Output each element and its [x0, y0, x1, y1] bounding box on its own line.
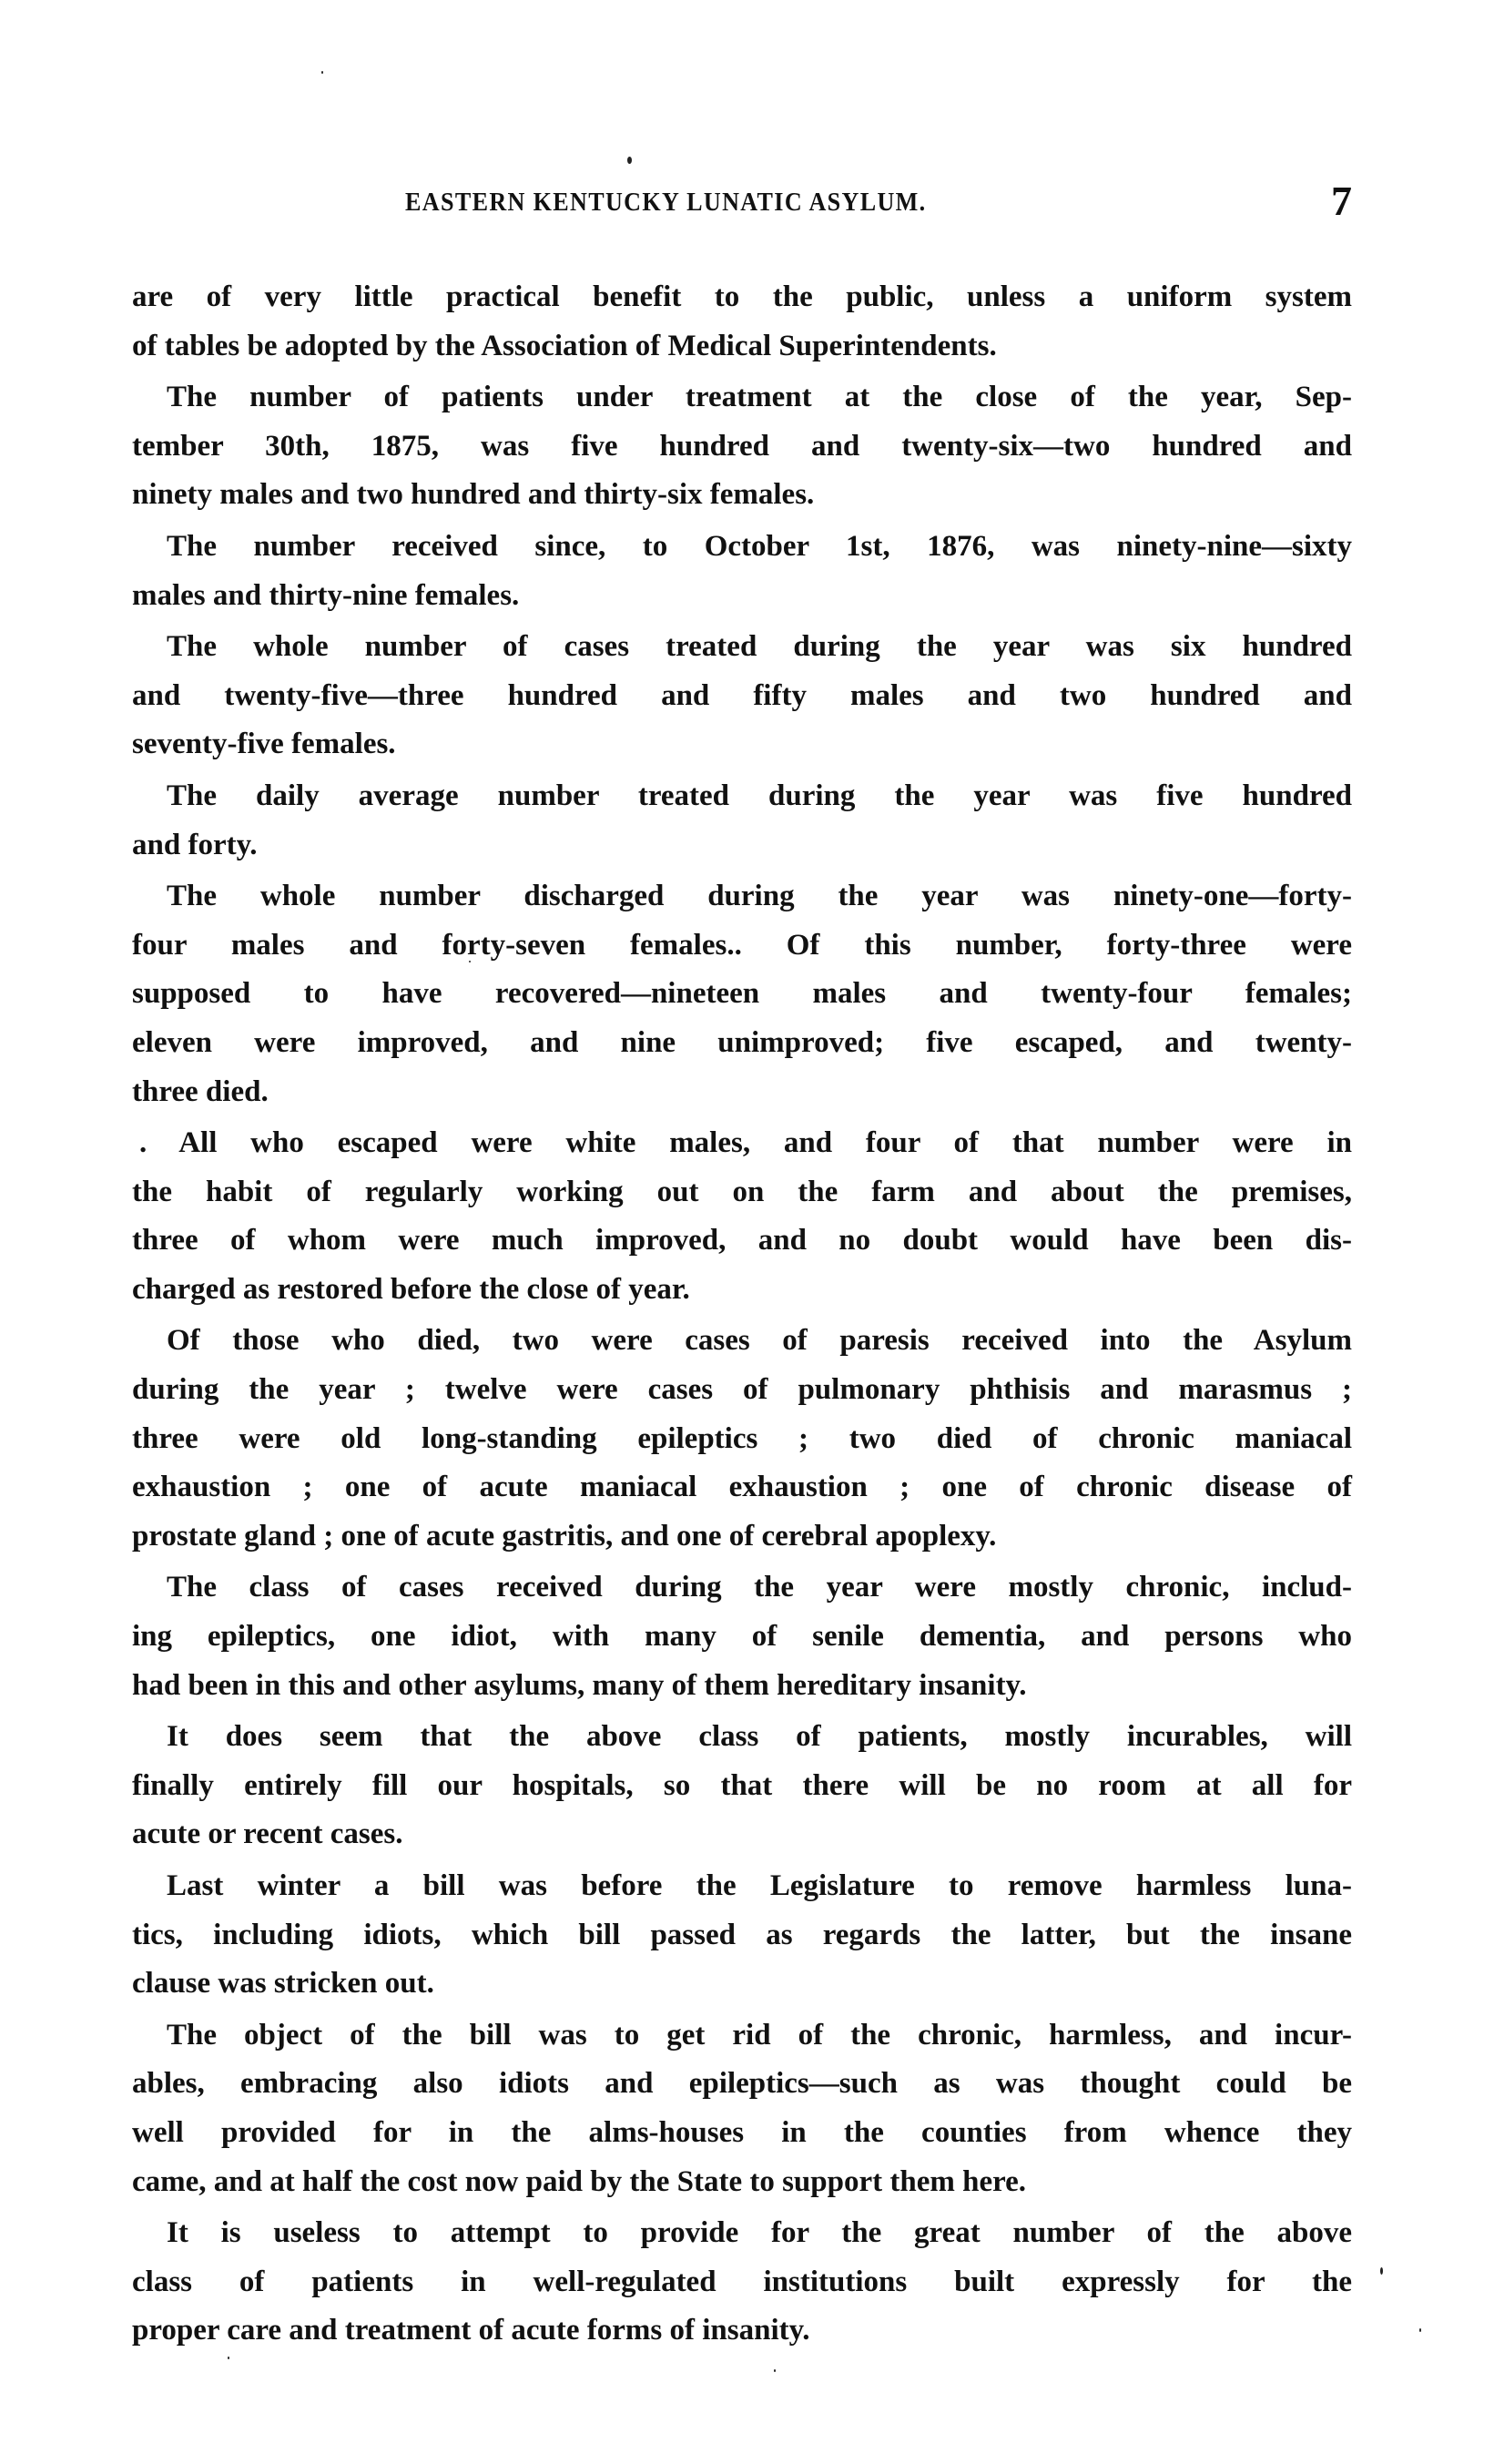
text-line: tics, including idiots, which bill passe…: [132, 1911, 1352, 1960]
text-line: . All who escaped were white males, and …: [132, 1119, 1352, 1168]
text-line: ables, embracing also idiots and epilept…: [132, 2060, 1352, 2109]
text-line: and forty.: [132, 821, 1352, 871]
text-line: The object of the bill was to get rid of…: [132, 2011, 1352, 2061]
scan-speck: [774, 2369, 776, 2372]
paragraph-escaped: . All who escaped were white males, and …: [132, 1119, 1352, 1314]
paragraph-cases-treated: The whole number of cases treated during…: [132, 623, 1352, 769]
text-line: Of those who died, two were cases of par…: [132, 1317, 1352, 1366]
body-text: are of very little practical benefit to …: [132, 273, 1352, 2356]
text-line: three of whom were much improved, and no…: [132, 1217, 1352, 1266]
text-line: tember 30th, 1875, was five hundred and …: [132, 423, 1352, 472]
running-title: EASTERN KENTUCKY LUNATIC ASYLUM.: [405, 188, 927, 218]
scanned-page: EASTERN KENTUCKY LUNATIC ASYLUM. 7 are o…: [0, 0, 1494, 2464]
scan-speck: [1380, 2267, 1383, 2275]
text-line: ing epileptics, one idiot, with many of …: [132, 1613, 1352, 1662]
paragraph-class-of-cases: The class of cases received during the y…: [132, 1563, 1352, 1710]
text-line: eleven were improved, and nine unimprove…: [132, 1019, 1352, 1068]
text-line: Last winter a bill was before the Legisl…: [132, 1862, 1352, 1911]
page-header: EASTERN KENTUCKY LUNATIC ASYLUM. 7: [132, 178, 1352, 224]
text-line: exhaustion ; one of acute maniacal exhau…: [132, 1463, 1352, 1512]
scan-speck: [321, 71, 323, 74]
text-line: are of very little practical benefit to …: [132, 273, 1352, 322]
paragraph-deaths: Of those who died, two were cases of par…: [132, 1317, 1352, 1561]
paragraph-daily-average: The daily average number treated during …: [132, 772, 1352, 870]
text-line: males and thirty-nine females.: [132, 572, 1352, 621]
text-line: acute or recent cases.: [132, 1810, 1352, 1859]
text-line: well provided for in the alms-houses in …: [132, 2109, 1352, 2158]
paragraph-legislature-bill: Last winter a bill was before the Legisl…: [132, 1862, 1352, 2009]
text-line: It is useless to attempt to provide for …: [132, 2209, 1352, 2258]
text-line: seventy-five females.: [132, 720, 1352, 769]
paragraph-discharged: The whole number discharged during the y…: [132, 872, 1352, 1116]
text-line: The whole number discharged during the y…: [132, 872, 1352, 921]
text-line: the habit of regularly working out on th…: [132, 1168, 1352, 1217]
text-line: charged as restored before the close of …: [132, 1266, 1352, 1315]
text-line: The daily average number treated during …: [132, 772, 1352, 821]
text-line: clause was stricken out.: [132, 1960, 1352, 2009]
text-line: three were old long-standing epileptics …: [132, 1415, 1352, 1464]
text-line: It does seem that the above class of pat…: [132, 1713, 1352, 1762]
scan-speck: [228, 2357, 229, 2359]
text-line: of tables be adopted by the Association …: [132, 322, 1352, 372]
text-line: three died.: [132, 1068, 1352, 1117]
paragraph-bill-object: The object of the bill was to get rid of…: [132, 2011, 1352, 2206]
text-line: finally entirely fill our hospitals, so …: [132, 1762, 1352, 1811]
text-line: four males and forty-seven females.. Of …: [132, 921, 1352, 971]
text-line: and twenty-five—three hundred and fifty …: [132, 672, 1352, 721]
text-line: The number received since, to October 1s…: [132, 523, 1352, 572]
text-line: proper care and treatment of acute forms…: [132, 2306, 1352, 2356]
text-line: had been in this and other asylums, many…: [132, 1662, 1352, 1711]
text-line: The class of cases received during the y…: [132, 1563, 1352, 1613]
text-line: ninety males and two hundred and thirty-…: [132, 471, 1352, 520]
scan-speck: [627, 157, 632, 164]
text-line: The whole number of cases treated during…: [132, 623, 1352, 672]
text-line: The number of patients under treatment a…: [132, 373, 1352, 423]
text-line: supposed to have recovered—nineteen male…: [132, 970, 1352, 1019]
text-line: during the year ; twelve were cases of p…: [132, 1366, 1352, 1415]
paragraph-incurables: It does seem that the above class of pat…: [132, 1713, 1352, 1859]
text-line: came, and at half the cost now paid by t…: [132, 2158, 1352, 2207]
page-number: 7: [1331, 177, 1352, 225]
paragraph-continuation: are of very little practical benefit to …: [132, 273, 1352, 371]
scan-speck: [1419, 2328, 1421, 2332]
text-line: class of patients in well-regulated inst…: [132, 2258, 1352, 2307]
paragraph-conclusion: It is useless to attempt to provide for …: [132, 2209, 1352, 2356]
text-line: prostate gland ; one of acute gastritis,…: [132, 1512, 1352, 1562]
paragraph-patients-under-treatment: The number of patients under treatment a…: [132, 373, 1352, 520]
paragraph-number-received: The number received since, to October 1s…: [132, 523, 1352, 620]
